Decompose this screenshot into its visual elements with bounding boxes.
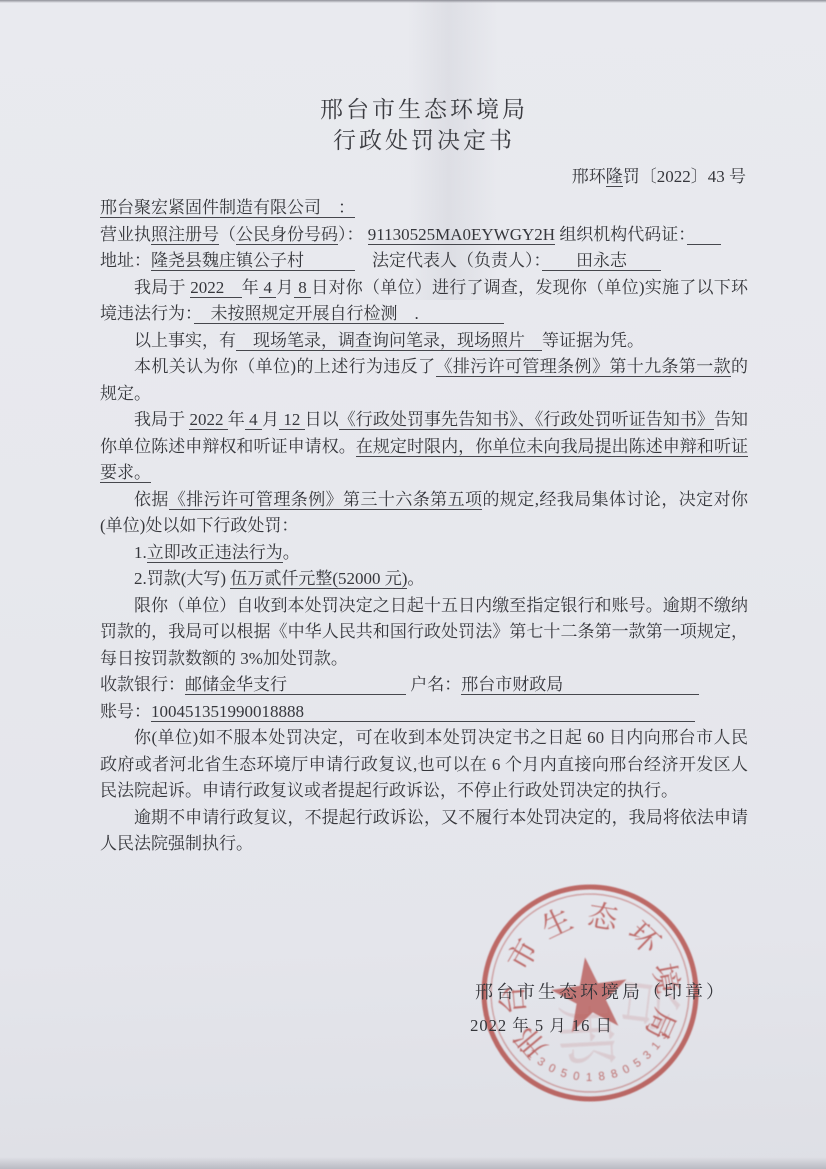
signature-date: 2022 年 5 月 16 日: [470, 1012, 613, 1036]
filled-blank: 现场笔录，调查询问笔录，现场照片: [236, 331, 542, 351]
seal-serial-digit: 1: [650, 1040, 663, 1052]
document-title-line2: 行政处罚决定书: [100, 125, 748, 156]
notification-paragraph: 我局于 2022 年 4 月 12 日以《行政处罚事先告知书》、《行政处罚听证告…: [100, 407, 748, 487]
seal-serial-digit: 1: [586, 1072, 593, 1084]
text-run: 年: [228, 410, 245, 429]
seal-serial-digit: 3: [641, 1049, 654, 1062]
text-run: 本机关认为你（单位)的上述行为违反了: [134, 357, 436, 376]
filled-blank: 2022: [189, 410, 227, 430]
text-run: 等证据为凭。: [542, 331, 644, 350]
text-run: 1.: [134, 543, 147, 562]
filled-blank: 91130525MA0EYWGY2H: [368, 225, 555, 245]
signature-issuer: 邢台市生态环境局（印章）: [475, 978, 727, 1004]
investigation-paragraph: 我局于 2022 年 4 月 8 日对你（单位）进行了调查，发现你（单位)实施了…: [100, 275, 748, 328]
account-line: 账号：100451351990018888: [100, 699, 748, 726]
scanned-document-page: 邢台市生态环境局 行政处罚决定书 邢环隆罚〔2022〕43 号 邢台聚宏紧固件制…: [0, 0, 826, 1169]
seal-serial-digit: 8: [598, 1071, 606, 1084]
seal-ring-char: 市: [502, 934, 546, 976]
text-run: 账号：: [100, 702, 151, 721]
filled-blank: 2022: [190, 278, 242, 298]
filled-blank: 照注册号: [151, 225, 219, 245]
filled-blank: 隆尧县魏庄镇公子村: [151, 251, 355, 271]
document-content: 邢台市生态环境局 行政处罚决定书 邢环隆罚〔2022〕43 号 邢台聚宏紧固件制…: [100, 94, 748, 858]
document-body: 邢台聚宏紧固件制造有限公司 ：营业执照注册号（公民身份号码）： 91130525…: [100, 195, 748, 858]
seal-serial-digit: 0: [572, 1070, 580, 1083]
filled-blank: 《排污许可管理条例》第三十六条第五项: [169, 490, 483, 510]
text-run: 我局于: [134, 410, 189, 429]
seal-serial-digit: 5: [632, 1057, 644, 1071]
filled-blank: 8: [294, 278, 312, 298]
appeal-rights-paragraph: 你(单位)如不服本处罚决定，可在收到本处罚决定书之日起 60 日内向邢台市人民政…: [100, 725, 748, 805]
text-run: 法定代表人（负责人）：: [355, 251, 542, 270]
seal-serial-digit: 0: [621, 1063, 632, 1077]
filled-blank: 邮储金华支行: [185, 675, 406, 695]
text-run: 年: [242, 278, 259, 297]
seal-serial-digit: 5: [559, 1067, 569, 1080]
text-run: 。: [407, 569, 424, 588]
filled-blank: 田永志: [542, 251, 661, 271]
document-title-line1: 邢台市生态环境局: [100, 94, 748, 125]
filled-blank: 100451351990018888: [151, 702, 695, 722]
text-run: （: [219, 225, 236, 244]
text-run: 月: [262, 410, 279, 429]
filled-blank: [687, 225, 721, 245]
decision-basis-paragraph: 依据《排污许可管理条例》第三十六条第五项的规定,经我局集体讨论，决定对你(单位)…: [100, 487, 748, 540]
text-run: 我局于: [134, 278, 190, 297]
filled-blank: 未按照规定开展自行检测 .: [194, 304, 504, 324]
seal-ring-char: 态: [585, 899, 621, 937]
text-run: ）：: [338, 225, 368, 244]
text-run: 限你（单位）自收到本处罚决定之日起十五日内缴至指定银行和账号。逾期不缴纳罚款的，…: [100, 596, 748, 668]
filled-blank: 《排污许可管理条例》第十九条第一款: [436, 357, 731, 377]
violation-paragraph: 本机关认为你（单位)的上述行为违反了《排污许可管理条例》第十九条第一款的规定。: [100, 354, 748, 407]
bank-line: 收款银行：邮储金华支行 户名：邢台市财政局: [100, 672, 748, 699]
enforcement-paragraph: 逾期不申请行政复议，不提起行政诉讼，又不履行本处罚决定的，我局将依法申请人民法院…: [100, 805, 748, 858]
text-run: 地址：: [100, 251, 151, 270]
penalty-item-2: 2.罚款(大写) 伍万贰仟元整(52000 元)。: [100, 566, 748, 593]
evidence-paragraph: 以上事实，有 现场笔录，调查询问笔录，现场照片 等证据为凭。: [100, 328, 748, 355]
text-run: 逾期不申请行政复议，不提起行政诉讼，又不履行本处罚决定的，我局将依法申请人民法院…: [100, 808, 748, 854]
text-run: 以上事实，有: [134, 331, 236, 350]
filled-blank: 公民身份号码: [236, 225, 338, 245]
text-run: 。: [283, 543, 300, 562]
addressee-line: 邢台聚宏紧固件制造有限公司 ：: [100, 195, 748, 222]
document-number: 邢环隆罚〔2022〕43 号: [100, 165, 748, 189]
scan-bottom-shade: [0, 1157, 826, 1169]
seal-serial-digit: 0: [546, 1062, 557, 1076]
text-run: 2.罚款(大写): [134, 569, 230, 588]
text-run: 邢环: [572, 167, 606, 186]
filled-blank: 4: [245, 410, 262, 430]
filled-blank: 伍万贰仟元整(52000 元): [230, 569, 407, 589]
text-run: 月: [276, 278, 293, 297]
text-run: 营业执: [100, 225, 151, 244]
filled-blank: 《行政处罚事先告知书》、《行政处罚听证告知书》: [339, 410, 714, 430]
penalty-item-1: 1.立即改正违法行为。: [100, 540, 748, 567]
filled-blank: 邢台聚宏紧固件制造有限公司 ：: [100, 198, 355, 218]
filled-blank: 立即改正违法行为: [147, 543, 283, 563]
filled-blank: 4: [259, 278, 277, 298]
filled-blank: 邢台市财政局: [461, 675, 699, 695]
seal-serial-digit: 8: [610, 1068, 620, 1081]
text-run: 日以: [305, 410, 339, 429]
seal-ring-char: 生: [537, 903, 578, 946]
text-run: 组织机构代码证：: [555, 225, 687, 244]
text-run: 依据: [134, 490, 169, 509]
text-run: 户名：: [406, 675, 461, 694]
text-run: 罚〔2022〕43 号: [623, 167, 746, 186]
filled-blank: 隆: [606, 167, 623, 187]
address-line: 地址：隆尧县魏庄镇公子村 法定代表人（负责人）： 田永志: [100, 248, 748, 275]
filled-blank: 12: [279, 410, 305, 430]
registration-line: 营业执照注册号（公民身份号码）： 91130525MA0EYWGY2H 组织机构…: [100, 222, 748, 249]
payment-terms-paragraph: 限你（单位）自收到本处罚决定之日起十五日内缴至指定银行和账号。逾期不缴纳罚款的，…: [100, 593, 748, 673]
text-run: 你(单位)如不服本处罚决定，可在收到本处罚决定书之日起 60 日内向邢台市人民政…: [100, 728, 748, 800]
text-run: 收款银行：: [100, 675, 185, 694]
scan-top-edge: [0, 0, 826, 3]
